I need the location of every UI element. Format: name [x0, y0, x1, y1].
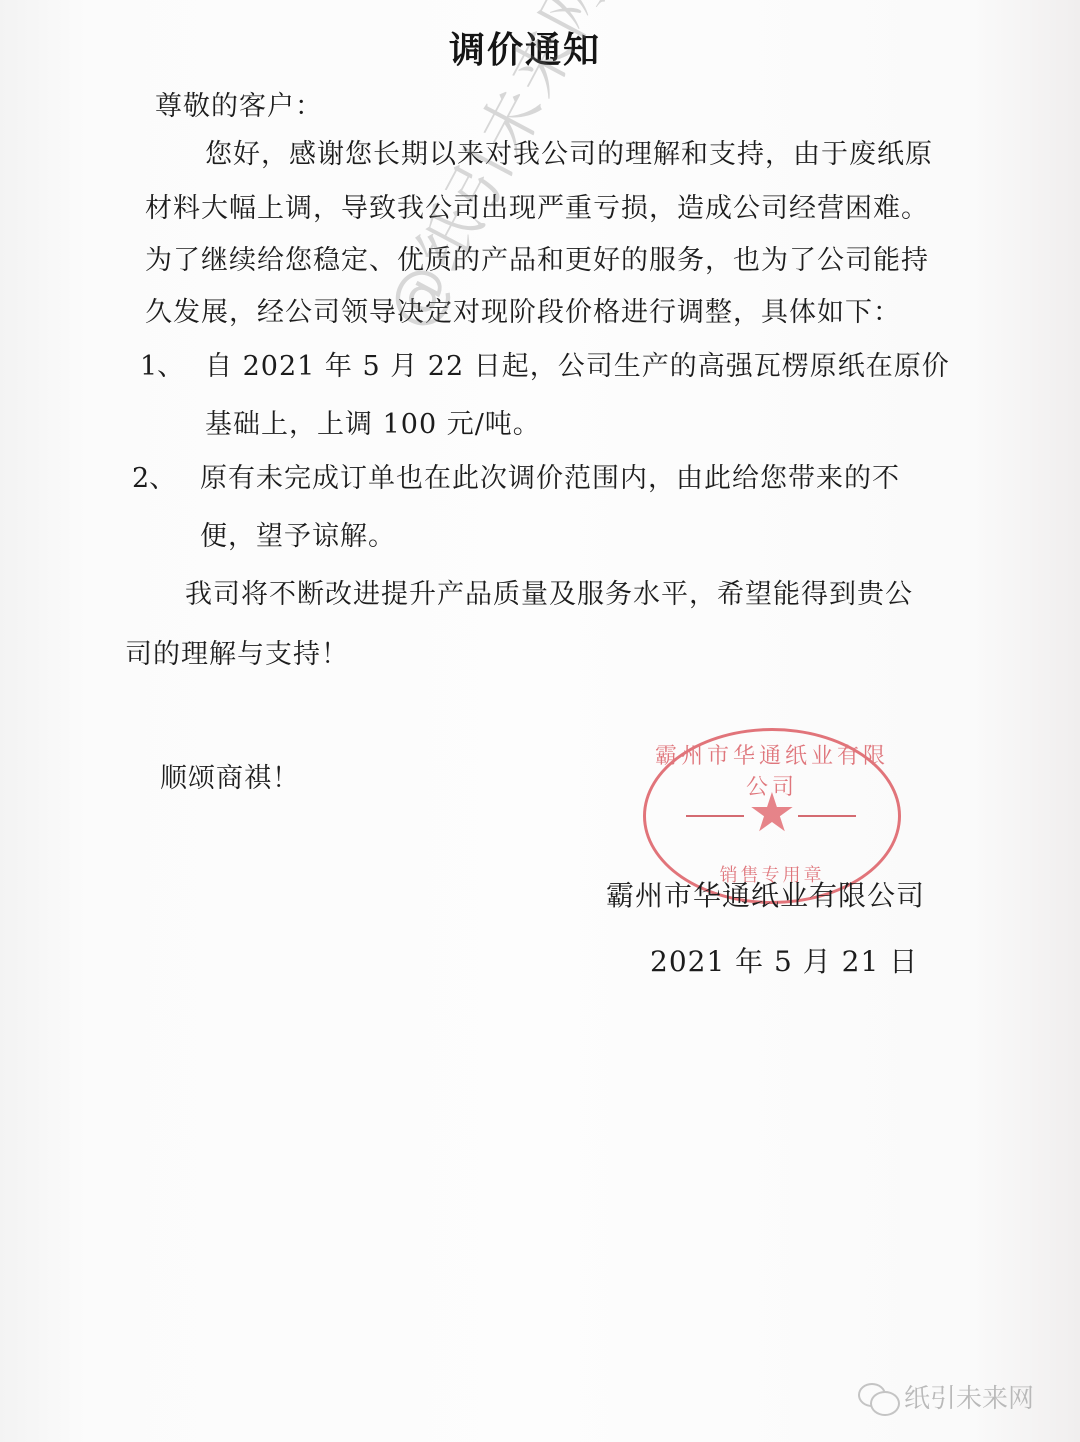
seal-divider: [798, 815, 856, 817]
paragraph-1-line: 为了继续给您稳定、优质的产品和更好的服务，也为了公司能持: [145, 238, 929, 277]
item-number: 2、: [132, 456, 176, 495]
item-1-line: 基础上，上调 100 元/吨。: [205, 402, 541, 441]
seal-divider: [686, 815, 744, 817]
signature-company: 霸州市华通纸业有限公司: [606, 874, 925, 914]
paragraph-2-line: 司的理解与支持！: [125, 632, 349, 671]
wechat-icon: [858, 1381, 898, 1413]
closing-salutation: 顺颂商祺！: [160, 756, 300, 795]
item-2-line: 原有未完成订单也在此次调价范围内，由此给您带来的不: [200, 456, 900, 495]
brand-badge: 纸引未来网: [858, 1378, 1034, 1415]
paragraph-1-line: 材料大幅上调，导致我公司出现严重亏损，造成公司经营困难。: [145, 186, 929, 225]
item-number: 1、: [140, 344, 184, 383]
item-1-line: 自 2021 年 5 月 22 日起，公司生产的高强瓦楞原纸在原价: [205, 344, 950, 383]
brand-name: 纸引未来网: [904, 1378, 1034, 1415]
item-2-line: 便，望予谅解。: [200, 514, 396, 553]
price-adjustment-notice: 调价通知 尊敬的客户： 您好，感谢您长期以来对我公司的理解和支持，由于废纸原 材…: [0, 0, 1080, 1442]
signature-date: 2021 年 5 月 21 日: [650, 940, 918, 980]
greeting: 尊敬的客户：: [155, 84, 323, 123]
paragraph-2-line: 我司将不断改进提升产品质量及服务水平，希望能得到贵公: [185, 572, 913, 611]
star-icon: ★: [746, 787, 798, 839]
paragraph-1-line: 您好，感谢您长期以来对我公司的理解和支持，由于废纸原: [205, 132, 933, 171]
paragraph-1-line: 久发展，经公司领导决定对现阶段价格进行调整，具体如下：: [145, 290, 901, 329]
